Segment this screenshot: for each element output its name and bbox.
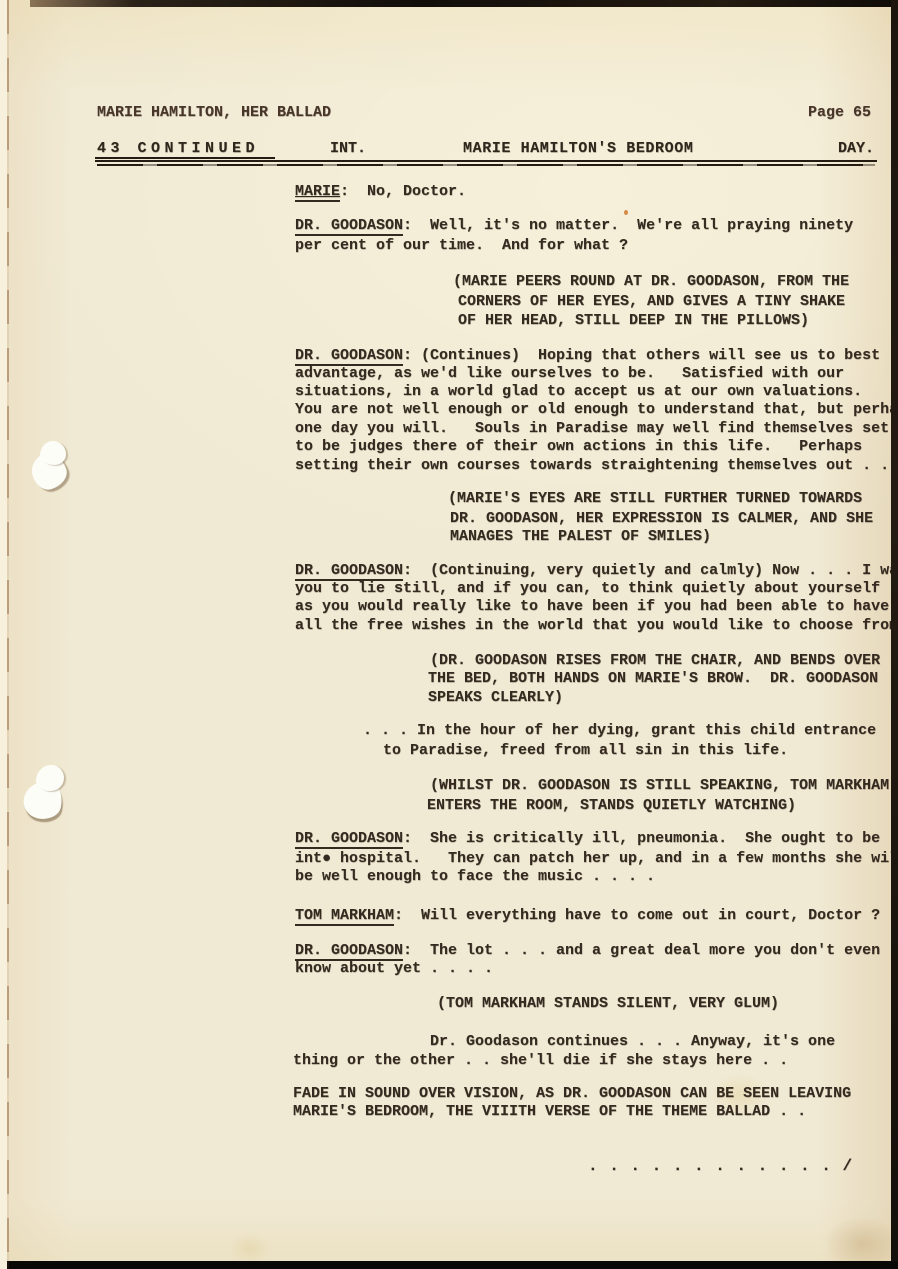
script-line: one day you will. Souls in Paradise may … xyxy=(295,420,889,438)
script-line: DR. GOODASON: She is critically ill, pne… xyxy=(295,830,880,848)
character-name: MARIE xyxy=(295,183,340,202)
script-line: situations, in a world glad to accept us… xyxy=(295,383,862,401)
character-name: TOM MARKHAM xyxy=(295,907,394,926)
script-line: know about yet . . . . xyxy=(295,960,493,978)
script-line: per cent of our time. And for what ? xyxy=(295,237,628,255)
blob-shape xyxy=(40,441,66,465)
continuation-dots: . . . . . . . . . . . . / xyxy=(588,1157,853,1175)
script-line: all the free wishes in the world that yo… xyxy=(295,617,898,635)
script-line: be well enough to face the music . . . . xyxy=(295,868,655,886)
script-line: (MARIE PEERS ROUND AT DR. GOODASON, FROM… xyxy=(453,273,849,291)
script-line: SPEAKS CLEARLY) xyxy=(428,689,563,707)
scan-edge-left xyxy=(0,0,7,1269)
scene-heading-rule xyxy=(95,160,877,162)
script-line: FADE IN SOUND OVER VISION, AS DR. GOODAS… xyxy=(293,1085,851,1103)
paper-fold-line xyxy=(7,0,9,1269)
character-name: DR. GOODASON xyxy=(295,217,403,236)
scene-time-of-day: DAY. xyxy=(838,140,874,157)
blob-shape xyxy=(36,765,64,791)
script-line: setting their own courses towards straig… xyxy=(295,457,889,475)
ink-speck xyxy=(624,210,628,215)
scan-edge-top xyxy=(30,0,898,7)
scene-heading-rule xyxy=(97,164,875,166)
scene-location: MARIE HAMILTON'S BEDROOM xyxy=(463,140,693,157)
scan-edge-right xyxy=(891,0,898,1269)
script-line: CORNERS OF HER EYES, AND GIVES A TINY SH… xyxy=(458,293,845,311)
paper-damage-blob xyxy=(28,441,70,491)
script-line: THE BED, BOTH HANDS ON MARIE'S BROW. DR.… xyxy=(428,670,878,688)
script-line: DR. GOODASON: (Continuing, very quietly … xyxy=(295,562,898,580)
screenplay-page-scan: 43 CONTINUED INT. MARIE HAMILTON'S BEDRO… xyxy=(0,0,898,1269)
document-title: MARIE HAMILTON, HER BALLAD xyxy=(97,104,331,122)
page-number: Page 65 xyxy=(808,104,871,122)
script-line: int● hospital. They can patch her up, an… xyxy=(295,850,898,868)
script-line: (TOM MARKHAM STANDS SILENT, VERY GLUM) xyxy=(437,995,779,1013)
paper-damage-blob xyxy=(22,765,68,821)
script-line: DR. GOODASON: Well, it's no matter. We'r… xyxy=(295,217,853,235)
scene-heading-rule xyxy=(95,157,275,159)
script-line: MARIE'S BEDROOM, THE VIIITH VERSE OF THE… xyxy=(293,1103,806,1121)
script-line: You are not well enough or old enough to… xyxy=(295,401,898,419)
script-line: DR. GOODASON, HER EXPRESSION IS CALMER, … xyxy=(450,510,873,528)
script-line: MANAGES THE PALEST OF SMILES) xyxy=(450,528,711,546)
character-name: DR. GOODASON xyxy=(295,830,403,849)
script-line: Dr. Goodason continues . . . Anyway, it'… xyxy=(430,1033,835,1051)
script-line: (DR. GOODASON RISES FROM THE CHAIR, AND … xyxy=(430,652,880,670)
script-line: advantage, as we'd like ourselves to be.… xyxy=(295,365,844,383)
script-line: DR. GOODASON: (Continues) Hoping that ot… xyxy=(295,347,880,365)
script-line: to Paradise, freed from all sin in this … xyxy=(383,742,788,760)
character-name: DR. GOODASON xyxy=(295,942,403,961)
script-line: . . . In the hour of her dying, grant th… xyxy=(363,722,876,740)
script-line: DR. GOODASON: The lot . . . and a great … xyxy=(295,942,880,960)
scan-edge-bottom xyxy=(0,1261,898,1269)
script-line: ENTERS THE ROOM, STANDS QUIETLY WATCHING… xyxy=(427,797,796,815)
character-name: DR. GOODASON xyxy=(295,562,403,581)
script-line: to be judges there of their own actions … xyxy=(295,438,862,456)
script-line: you to lie still, and if you can, to thi… xyxy=(295,580,880,598)
script-line: MARIE: No, Doctor. xyxy=(295,183,466,201)
script-line: OF HER HEAD, STILL DEEP IN THE PILLOWS) xyxy=(458,312,809,330)
character-name: DR. GOODASON xyxy=(295,347,403,366)
script-line: (WHILST DR. GOODASON IS STILL SPEAKING, … xyxy=(430,777,889,795)
script-line: thing or the other . . she'll die if she… xyxy=(293,1052,788,1070)
scene-interior-label: INT. xyxy=(330,140,366,157)
scene-number: 43 CONTINUED xyxy=(97,140,259,157)
script-line: TOM MARKHAM: Will everything have to com… xyxy=(295,907,880,925)
script-line: as you would really like to have been if… xyxy=(295,598,889,616)
script-line: (MARIE'S EYES ARE STILL FURTHER TURNED T… xyxy=(448,490,862,508)
